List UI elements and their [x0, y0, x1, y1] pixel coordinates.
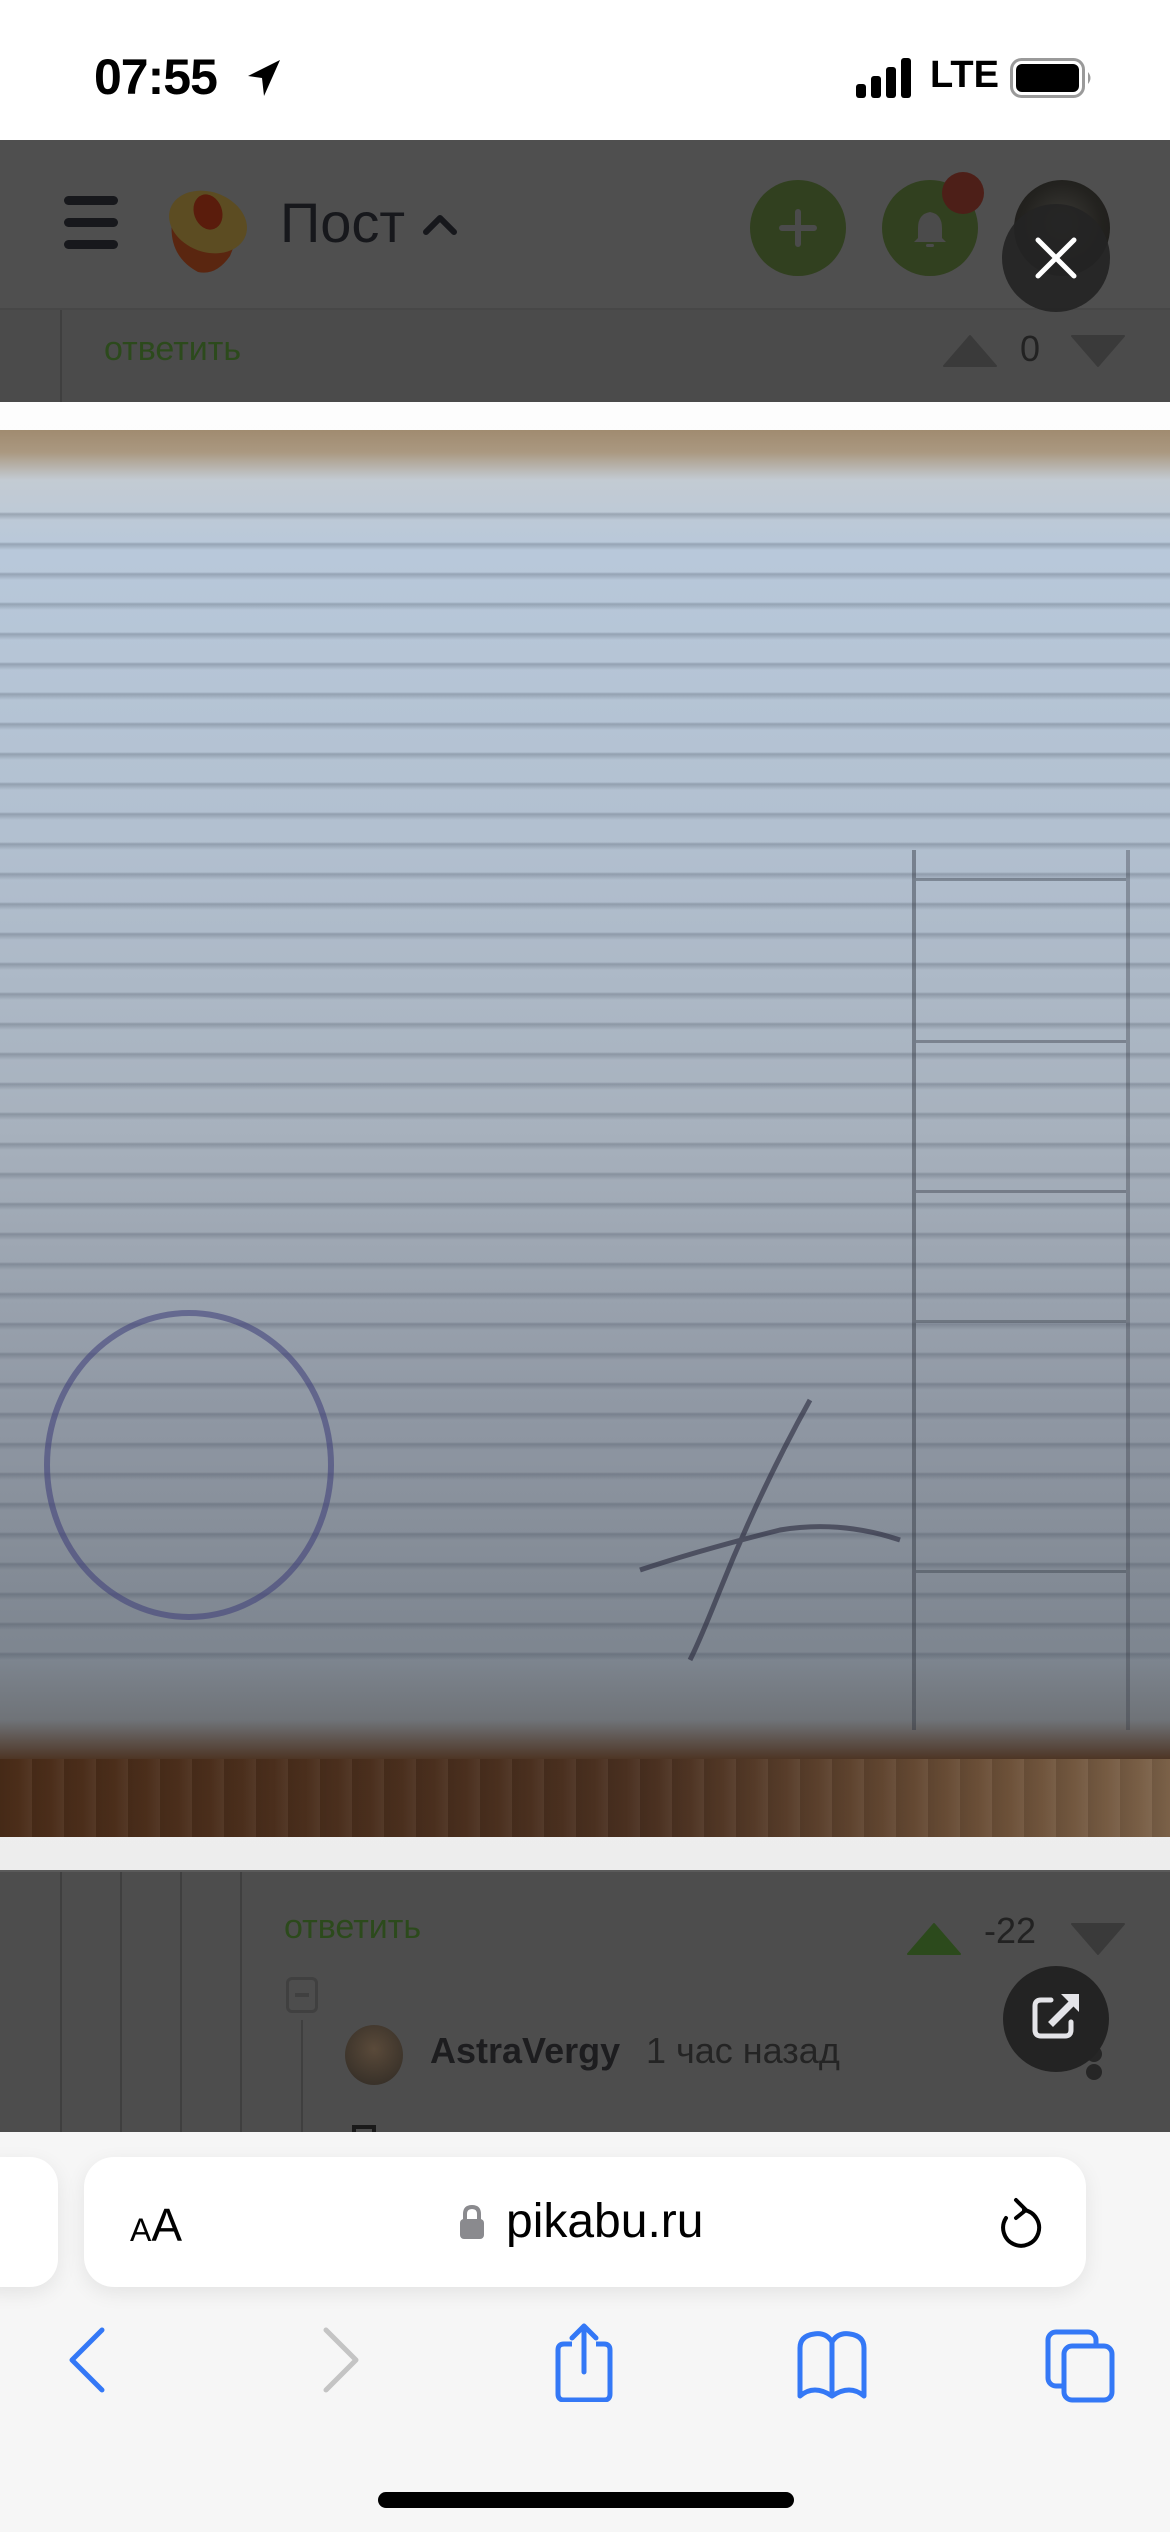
page-title[interactable]: Пост	[280, 190, 405, 255]
document-photo[interactable]	[0, 430, 1170, 1837]
wooden-table	[0, 1759, 1170, 1837]
comment-rating: 0	[1020, 328, 1040, 370]
share-icon[interactable]	[552, 2322, 616, 2402]
chevron-left-icon[interactable]	[62, 2324, 112, 2394]
lock-icon	[458, 2204, 486, 2240]
tabs-icon[interactable]	[1044, 2328, 1116, 2404]
document-stamp	[44, 1310, 334, 1620]
url-text[interactable]: pikabu.ru	[506, 2194, 703, 2249]
comment-time: 1 час назад	[646, 2030, 840, 2072]
triangle-up-icon[interactable]	[942, 334, 998, 368]
previous-tab-preview[interactable]	[0, 2157, 58, 2287]
cellular-signal-icon	[856, 58, 914, 98]
battery-full-icon	[1010, 58, 1094, 98]
screen: 07:55 LTE Пост	[0, 0, 1170, 2532]
document-table	[912, 850, 1130, 1730]
close-viewer-button[interactable]	[1002, 204, 1110, 312]
chevron-up-icon[interactable]	[420, 208, 460, 238]
document-signature	[580, 1390, 940, 1670]
open-external-button[interactable]	[1003, 1966, 1109, 2072]
hamburger-icon[interactable]	[64, 196, 120, 252]
plus-icon	[750, 180, 846, 276]
comment-actions-row: ответить 0	[0, 310, 1170, 402]
triangle-down-icon[interactable]	[1070, 1922, 1126, 1956]
thread-line	[60, 310, 62, 402]
reload-icon[interactable]	[994, 2196, 1042, 2252]
comment-text-fragment	[352, 2125, 376, 2132]
comment-rating: -22	[984, 1910, 1036, 1952]
triangle-down-icon[interactable]	[1070, 334, 1126, 368]
location-arrow-icon	[244, 56, 284, 100]
book-icon[interactable]	[794, 2330, 870, 2400]
reply-link[interactable]: ответить	[284, 1908, 421, 1947]
thread-line	[180, 1872, 182, 2134]
status-bar: 07:55 LTE	[0, 0, 1170, 140]
comment-author[interactable]: AstraVergy	[430, 2030, 620, 2072]
thread-line	[301, 2020, 303, 2134]
reader-settings-button[interactable]: AA	[130, 2198, 182, 2252]
pikabu-logo[interactable]	[164, 186, 250, 276]
reply-link[interactable]: ответить	[104, 330, 241, 369]
minus-box-icon[interactable]	[286, 1977, 318, 2013]
close-icon	[1032, 234, 1080, 282]
notification-badge	[942, 172, 984, 214]
comment-thread: ответить -22	[0, 1870, 1170, 2132]
status-time: 07:55	[94, 48, 217, 106]
thread-line	[60, 1872, 62, 2134]
external-link-icon	[1003, 1966, 1109, 2072]
thread-line	[240, 1872, 242, 2134]
comment-author-avatar[interactable]	[345, 2025, 403, 2085]
add-post-button[interactable]	[750, 180, 846, 276]
triangle-up-icon[interactable]	[906, 1922, 962, 1956]
home-indicator[interactable]	[378, 2492, 794, 2508]
network-type: LTE	[930, 54, 999, 97]
thread-line	[120, 1872, 122, 2134]
chevron-right-icon	[316, 2324, 366, 2394]
